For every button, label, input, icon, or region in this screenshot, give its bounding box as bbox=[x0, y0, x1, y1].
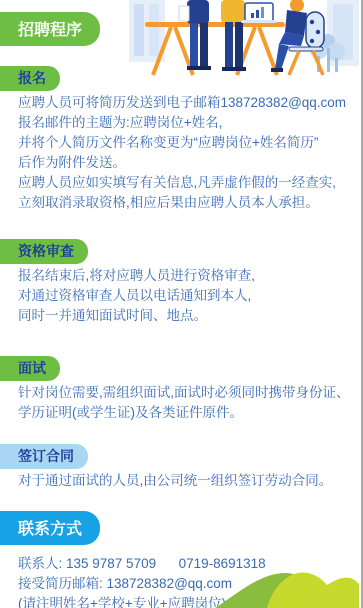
laptop-icon bbox=[241, 3, 277, 23]
body-line: 应聘人员应如实填写有关信息,凡弄虚作假的一经查实, bbox=[18, 173, 361, 193]
section-body-signup: 应聘人员可将简历发送到电子邮箱138728382@qq.com 报名邮件的主题为… bbox=[18, 93, 361, 213]
bottom-wave-decoration bbox=[209, 556, 359, 608]
body-line: 对于通过面试的人员,由公司统一组织签订劳动合同。 bbox=[18, 471, 361, 491]
body-line: 对通过资格审查人员以电话通知到本人, bbox=[18, 286, 361, 306]
section-badge-signup: 报名 bbox=[0, 66, 60, 91]
section-badge-sign-contract: 签订合同 bbox=[0, 444, 88, 469]
desk bbox=[145, 22, 285, 75]
body-line: 学历证明(或学生证)及各类证件原件。 bbox=[18, 403, 361, 423]
section-qualification-review: 资格审查 报名结束后,将对应聘人员进行资格审查, 对通过资格审查人员以电话通知到… bbox=[0, 213, 361, 326]
body-line: 并将个人简历文件名称变更为“应聘岗位+姓名简历” bbox=[18, 133, 361, 153]
page-title-badge: 招聘程序 bbox=[0, 12, 100, 46]
body-line: 报名邮件的主题为:应聘岗位+姓名, bbox=[18, 113, 361, 133]
body-line: 后作为附件发送。 bbox=[18, 153, 361, 173]
body-line: 针对岗位需要,需组织面试,面试时必须同时携带身份证、 bbox=[18, 383, 361, 403]
body-line: 应聘人员可将简历发送到电子邮箱138728382@qq.com bbox=[18, 93, 361, 113]
body-line: 同时一并通知面试时间、地点。 bbox=[18, 306, 361, 326]
body-line: 报名结束后,将对应聘人员进行资格审查, bbox=[18, 266, 361, 286]
section-interview: 面试 针对岗位需要,需组织面试,面试时必须同时携带身份证、 学历证明(或学生证)… bbox=[0, 326, 361, 423]
section-body-sign-contract: 对于通过面试的人员,由公司统一组织签订劳动合同。 bbox=[18, 471, 361, 491]
body-line: 立刻取消录取资格,相应后果由应聘人员本人承担。 bbox=[18, 193, 361, 213]
section-badge-contact: 联系方式 bbox=[0, 511, 100, 545]
person-sitting-right bbox=[271, 0, 307, 72]
section-badge-interview: 面试 bbox=[0, 356, 60, 381]
section-body-qualification-review: 报名结束后,将对应聘人员进行资格审查, 对通过资格审查人员以电话通知到本人, 同… bbox=[18, 266, 361, 326]
section-body-interview: 针对岗位需要,需组织面试,面试时必须同时携带身份证、 学历证明(或学生证)及各类… bbox=[18, 383, 361, 423]
person-standing-left bbox=[179, 0, 211, 70]
section-sign-contract: 签订合同 对于通过面试的人员,由公司统一组织签订劳动合同。 bbox=[0, 423, 361, 491]
office-meeting-illustration bbox=[129, 0, 359, 76]
section-badge-qualification-review: 资格审查 bbox=[0, 239, 88, 264]
person-standing-middle bbox=[221, 0, 246, 71]
recruitment-poster: 招聘程序 报名 应聘人员可将简历发送到电子邮箱138728382@qq.com … bbox=[0, 0, 363, 608]
